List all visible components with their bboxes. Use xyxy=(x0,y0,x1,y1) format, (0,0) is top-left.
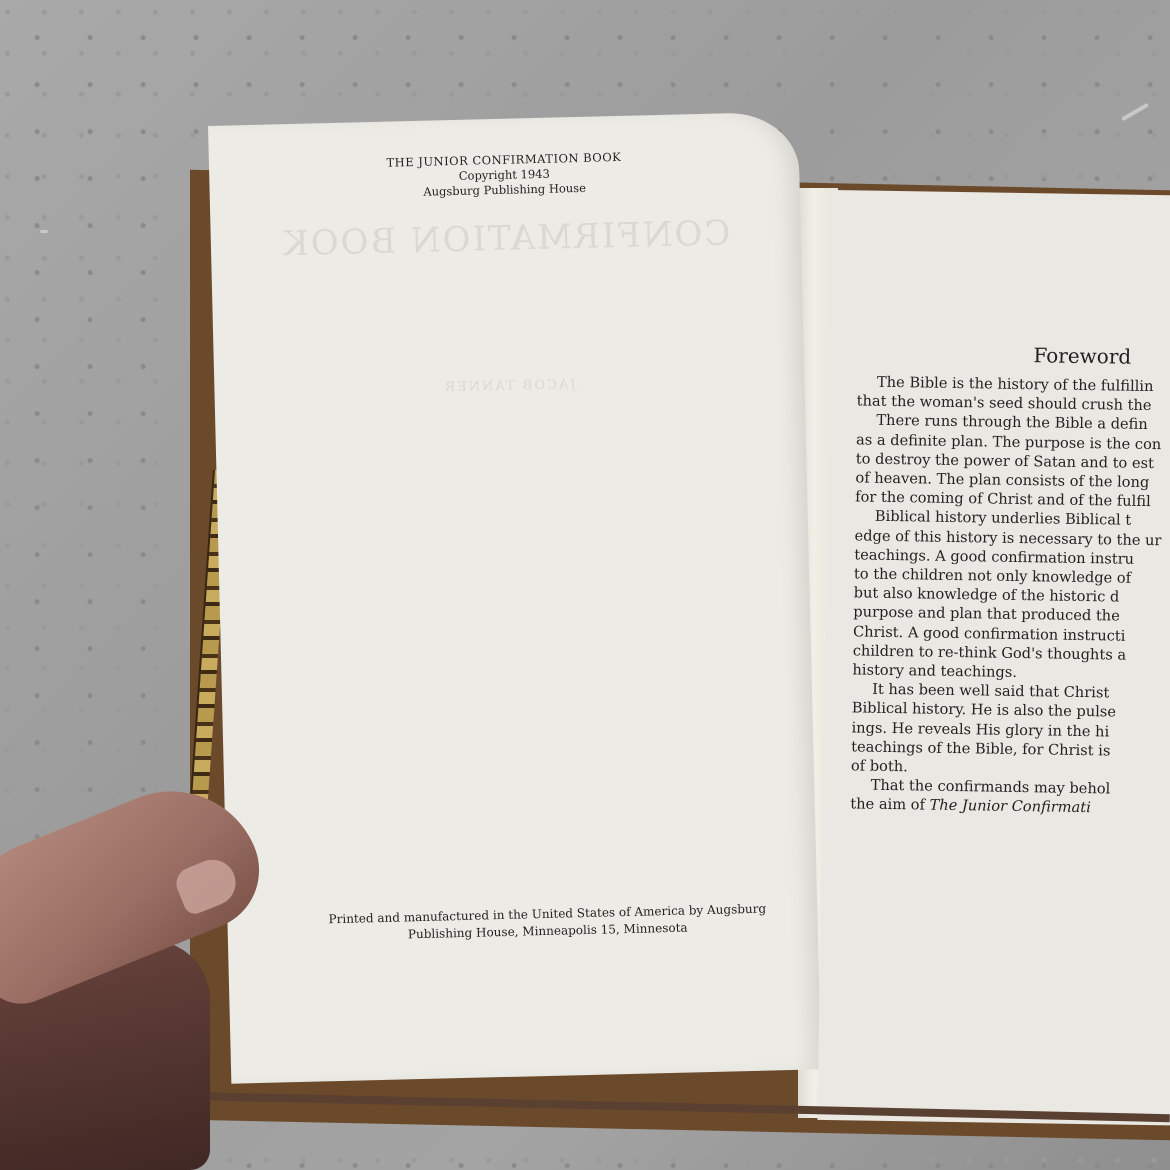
concrete-speck xyxy=(1121,103,1149,121)
italic-book-title: The Junior Confirmati xyxy=(929,797,1091,817)
bleed-through-text: CONFIRMATION BOOK xyxy=(210,212,801,266)
bleed-through-text: JACOB TANNER xyxy=(214,372,804,401)
text-line: the aim of The Junior Confirmati xyxy=(850,795,1170,821)
foreword-heading: Foreword xyxy=(1033,343,1131,369)
foreword-body: The Bible is the history of the fulfilli… xyxy=(850,372,1170,820)
left-page: CONFIRMATION BOOK JACOB TANNER THE JUNIO… xyxy=(208,112,821,1084)
text-fragment: the aim of xyxy=(850,796,925,814)
right-page: Foreword The Bible is the history of the… xyxy=(817,190,1170,1126)
copyright-notice: THE JUNIOR CONFIRMATION BOOK Copyright 1… xyxy=(209,146,800,205)
printer-notice: Printed and manufactured in the United S… xyxy=(297,900,798,946)
concrete-speck xyxy=(40,230,48,233)
